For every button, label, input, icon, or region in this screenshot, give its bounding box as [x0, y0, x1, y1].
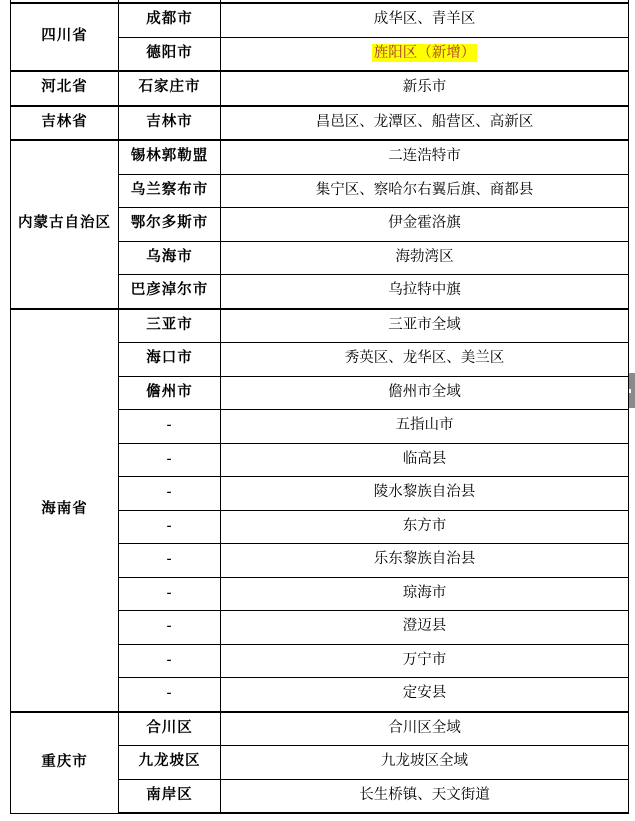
city-cell: 石家庄市	[119, 71, 221, 106]
city-cell: 鄂尔多斯市	[119, 208, 221, 242]
city-cell: 乌海市	[119, 241, 221, 275]
province-cell: 海南省	[11, 309, 119, 712]
districts-cell: 万宁市	[221, 644, 629, 678]
city-cell: -	[119, 443, 221, 477]
districts-cell: 陵水黎族自治县	[221, 477, 629, 511]
city-cell: 儋州市	[119, 376, 221, 410]
city-cell: 乌兰察布市	[119, 174, 221, 208]
city-cell: 三亚市	[119, 309, 221, 343]
table-row: 内蒙古自治区 锡林郭勒盟 二连浩特市	[11, 140, 629, 174]
document-page: 四川省 成都市 成华区、青羊区 德阳市 旌阳区（新增） 河北省 石家庄市 新乐市…	[0, 0, 635, 821]
city-cell: -	[119, 678, 221, 712]
city-cell: -	[119, 611, 221, 645]
districts-cell: 五指山市	[221, 410, 629, 444]
city-cell: -	[119, 544, 221, 578]
districts-cell: 海勃湾区	[221, 241, 629, 275]
districts-cell: 成华区、青羊区	[221, 3, 629, 37]
city-cell: 合川区	[119, 712, 221, 746]
districts-cell: 定安县	[221, 678, 629, 712]
province-cell: 内蒙古自治区	[11, 140, 119, 309]
city-cell: -	[119, 510, 221, 544]
districts-cell: 儋州市全域	[221, 376, 629, 410]
province-cell: 吉林省	[11, 106, 119, 141]
city-cell: 德阳市	[119, 37, 221, 71]
districts-cell: 乌拉特中旗	[221, 275, 629, 309]
districts-cell: 澄迈县	[221, 611, 629, 645]
districts-cell: 伊金霍洛旗	[221, 208, 629, 242]
city-cell: -	[119, 577, 221, 611]
districts-cell: 乐东黎族自治县	[221, 544, 629, 578]
city-cell: 巴彦淖尔市	[119, 275, 221, 309]
city-cell: 吉林市	[119, 106, 221, 141]
districts-cell: 临高县	[221, 443, 629, 477]
regions-table: 四川省 成都市 成华区、青羊区 德阳市 旌阳区（新增） 河北省 石家庄市 新乐市…	[10, 0, 629, 814]
city-cell: -	[119, 477, 221, 511]
districts-cell: 秀英区、龙华区、美兰区	[221, 343, 629, 377]
province-cell: 河北省	[11, 71, 119, 106]
table-row: 河北省 石家庄市 新乐市	[11, 71, 629, 106]
city-cell: 海口市	[119, 343, 221, 377]
table-row: 吉林省 吉林市 昌邑区、龙潭区、船营区、高新区	[11, 106, 629, 141]
table-row: 海南省 三亚市 三亚市全域	[11, 309, 629, 343]
table-row: 重庆市 合川区 合川区全域	[11, 712, 629, 746]
province-cell: 重庆市	[11, 712, 119, 814]
districts-cell: 九龙坡区全域	[221, 746, 629, 780]
scrollbar-thumb[interactable]	[629, 373, 635, 408]
city-cell: 南岸区	[119, 779, 221, 813]
districts-cell: 昌邑区、龙潭区、船营区、高新区	[221, 106, 629, 141]
districts-cell: 琼海市	[221, 577, 629, 611]
districts-cell: 三亚市全域	[221, 309, 629, 343]
districts-cell: 合川区全域	[221, 712, 629, 746]
highlighted-new-district: 旌阳区（新增）	[372, 44, 478, 62]
districts-cell: 集宁区、察哈尔右翼后旗、商都县	[221, 174, 629, 208]
table-row: 四川省 成都市 成华区、青羊区	[11, 3, 629, 37]
city-cell: -	[119, 644, 221, 678]
districts-cell: 新乐市	[221, 71, 629, 106]
province-cell: 四川省	[11, 3, 119, 71]
city-cell: 锡林郭勒盟	[119, 140, 221, 174]
city-cell: 成都市	[119, 3, 221, 37]
city-cell: -	[119, 410, 221, 444]
scrollbar-thumb-notch	[629, 389, 631, 393]
districts-cell: 东方市	[221, 510, 629, 544]
city-cell: 九龙坡区	[119, 746, 221, 780]
districts-cell: 旌阳区（新增）	[221, 37, 629, 71]
districts-cell: 二连浩特市	[221, 140, 629, 174]
districts-cell: 长生桥镇、天文街道	[221, 779, 629, 813]
